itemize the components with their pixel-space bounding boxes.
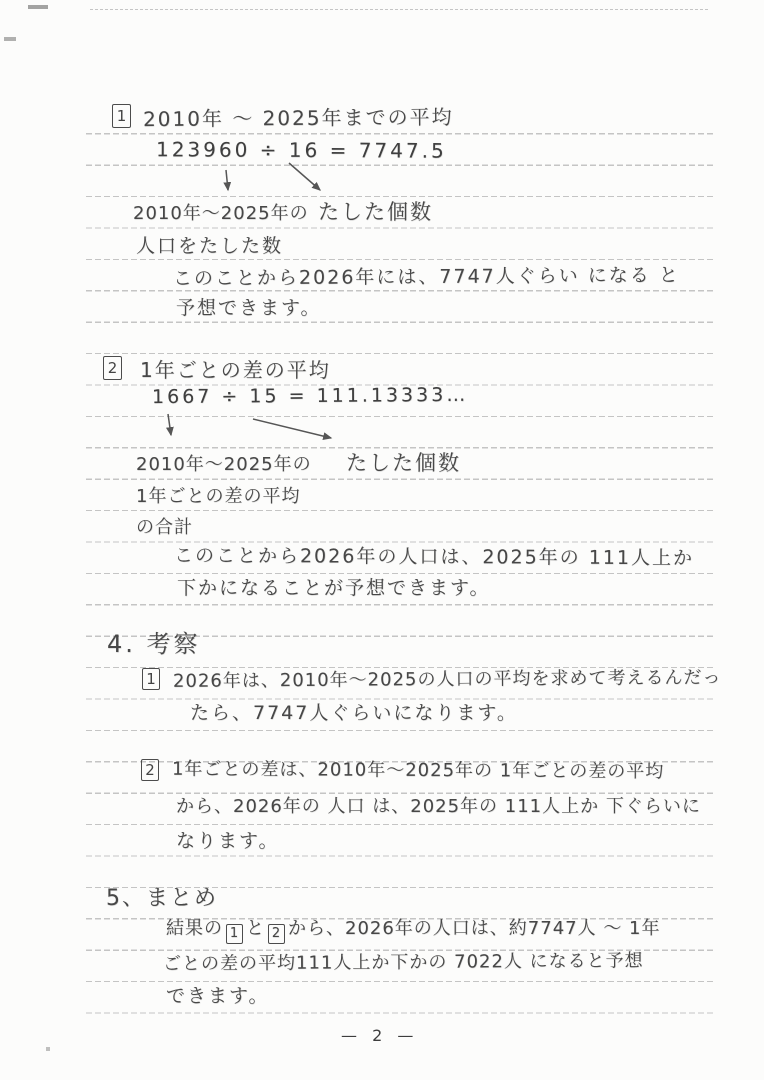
section5-inline-box1-digit: 1 <box>230 926 239 941</box>
section4-item1-marker: 1 <box>146 670 156 688</box>
section1-formula: 123960 ÷ 16 = 7747.5 <box>156 137 447 163</box>
section1-marker-box: 1 <box>112 104 131 128</box>
section2-marker-box: 2 <box>103 356 122 380</box>
scan-artifact-mark <box>4 37 16 41</box>
section5-inline-box1: 1 <box>226 924 243 944</box>
section1-conclusion-line1: このことから2026年には、7747人ぐらい になる と <box>173 260 680 291</box>
section1-count-label: たした個数 <box>318 196 433 226</box>
scan-artifact-streak <box>90 9 708 11</box>
section2-conclusion-line2: 下かになることが予想できます。 <box>177 573 490 600</box>
page-number: — 2 — <box>341 1026 418 1045</box>
section4-item1-line1: 2026年は、2010年〜2025の人口の平均を求めて考えるんだっ <box>173 663 722 693</box>
section5-inline-box2: 2 <box>268 924 285 944</box>
section2-sum-label-line3: の合計 <box>136 513 193 539</box>
section2-sum-label-line2: 1年ごとの差の平均 <box>136 482 300 508</box>
section2-marker: 2 <box>108 359 118 377</box>
section4-item2-line3: なります。 <box>176 826 279 853</box>
section2-title: 1年ごとの差の平均 <box>140 354 331 383</box>
section5-line1: 結果の1と2から、2026年の人口は、約7747人 〜 1年 <box>166 914 661 944</box>
scanned-notebook-page: 1 2010年 〜 2025年までの平均 123960 ÷ 16 = 7747.… <box>0 0 764 1080</box>
section1-sum-label-line2: 人口をたした数 <box>136 231 283 258</box>
section5-line1-mid: と <box>246 918 265 939</box>
section2-formula: 1667 ÷ 15 = 111.13333… <box>152 384 468 408</box>
section2-count-label: たした個数 <box>346 447 461 477</box>
section4-item1-line2: たら、7747人ぐらいになります。 <box>190 698 518 725</box>
section2-conclusion-line1: このことから2026年の人口は、2025年の 111人上か <box>174 541 694 571</box>
section4-item2-marker: 2 <box>145 761 155 779</box>
section4-item1-marker-box: 1 <box>142 668 160 690</box>
section1-marker: 1 <box>117 107 127 125</box>
section4-item2-line2: から、2026年の 人口 は、2025年の 111人上か 下ぐらいに <box>176 792 701 818</box>
scan-artifact-mark <box>28 5 48 9</box>
section4-item2-marker-box: 2 <box>141 759 159 781</box>
section4-item2-line1: 1年ごとの差は、2010年〜2025年の 1年ごとの差の平均 <box>172 755 664 784</box>
section1-conclusion-line2: 予想できます。 <box>176 293 321 320</box>
section1-title: 2010年 〜 2025年までの平均 <box>143 101 454 132</box>
section5-line1-post: から、2026年の人口は、約7747人 〜 1年 <box>288 918 661 939</box>
section4-heading: 4. 考察 <box>107 624 201 659</box>
section5-line3: できます。 <box>166 981 269 1008</box>
section5-line1-pre: 結果の <box>166 918 223 939</box>
section1-sum-label-line1: 2010年〜2025年の <box>133 199 309 225</box>
scan-artifact-speck <box>46 1047 50 1051</box>
section5-line2: ごとの差の平均111人上か下かの 7022人 になると予想 <box>163 946 644 975</box>
section5-heading: 5、まとめ <box>106 881 218 912</box>
section2-sum-label-line1: 2010年〜2025年の <box>136 450 312 476</box>
section5-inline-box2-digit: 2 <box>272 926 281 941</box>
